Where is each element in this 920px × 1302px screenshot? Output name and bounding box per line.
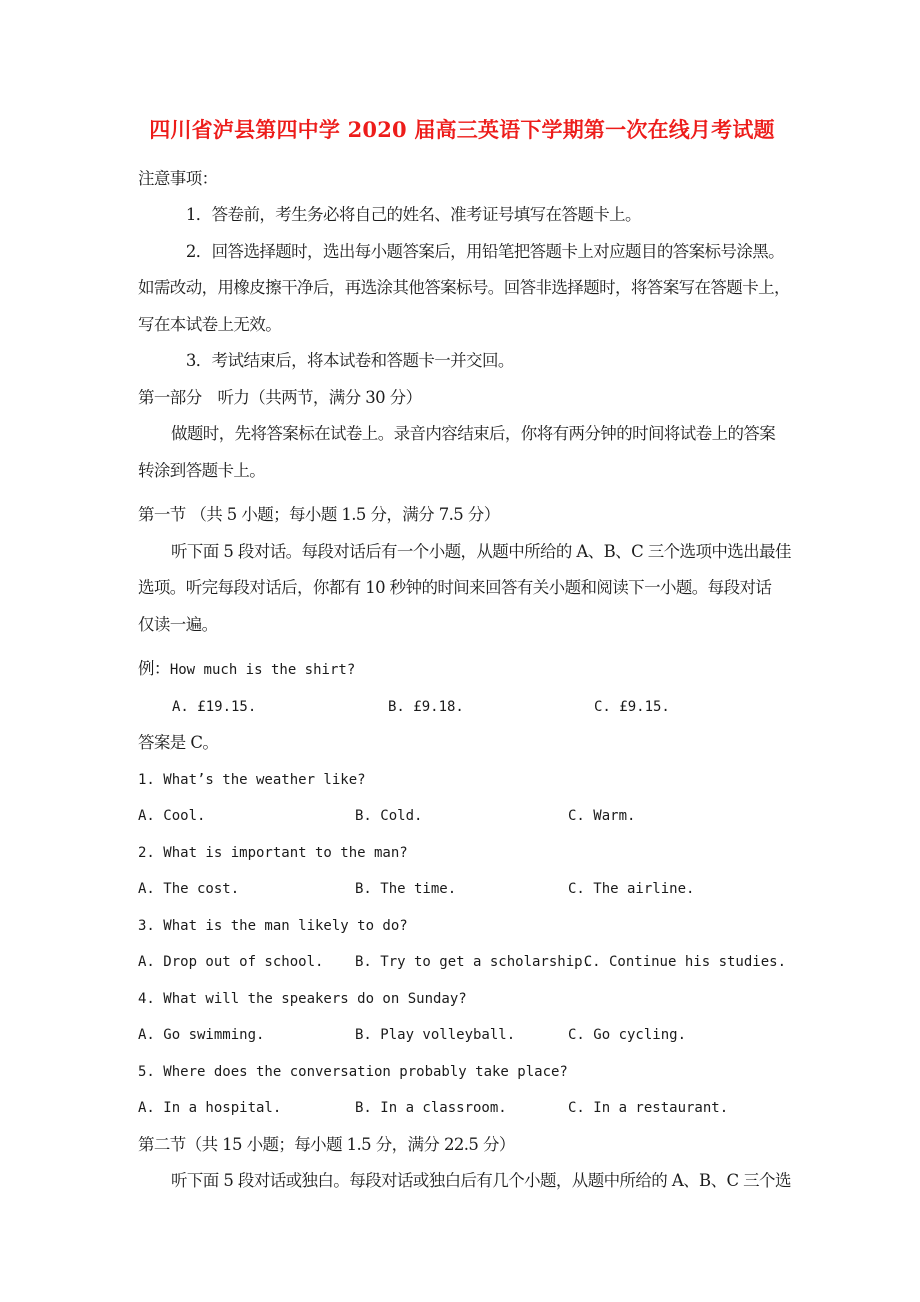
- question-1-option-a: A. Cool.: [138, 798, 355, 835]
- question-3-options-row: A. Drop out of school. B. Try to get a s…: [138, 944, 786, 981]
- section2-instructions: 听下面 5 段对话或独白。每段对话或独白后有几个小题，从题中所给的 A、B、C …: [138, 1163, 786, 1200]
- question-2-option-c: C. The airline.: [568, 871, 694, 908]
- notice-heading: 注意事项：: [138, 161, 786, 198]
- question-1-option-c: C. Warm.: [568, 798, 635, 835]
- example-options-row: A. £19.15. B. £9.18. C. £9.15.: [138, 689, 786, 726]
- question-3-option-b: B. Try to get a scholarship.: [355, 944, 584, 981]
- example-option-a: A. £19.15.: [172, 689, 388, 726]
- question-1-options-row: A. Cool. B. Cold. C. Warm.: [138, 798, 786, 835]
- question-5-option-c: C. In a restaurant.: [568, 1090, 728, 1127]
- question-3-option-c: C. Continue his studies.: [584, 944, 786, 981]
- question-3-option-a: A. Drop out of school.: [138, 944, 355, 981]
- question-4-option-c: C. Go cycling.: [568, 1017, 686, 1054]
- document-title: 四川省泸县第四中学 2020 届高三英语下学期第一次在线月考试题: [138, 112, 786, 149]
- part1-note: 做题时，先将答案标在试卷上。录音内容结束后，你将有两分钟的时间将试卷上的答案 转…: [138, 416, 786, 489]
- example-prompt-line: 例：How much is the shirt?: [138, 651, 786, 689]
- section1-instructions: 听下面 5 段对话。每段对话后有一个小题，从题中所给的 A、B、C 三个选项中选…: [138, 534, 786, 644]
- part1-heading: 第一部分 听力（共两节，满分 30 分）: [138, 380, 786, 417]
- question-2-prompt: 2. What is important to the man?: [138, 835, 786, 872]
- question-4-options-row: A. Go swimming. B. Play volleyball. C. G…: [138, 1017, 786, 1054]
- notice-item-1: 1．答卷前，考生务必将自己的姓名、准考证号填写在答题卡上。: [138, 197, 786, 234]
- section2-heading: 第二节（共 15 小题；每小题 1.5 分，满分 22.5 分）: [138, 1127, 786, 1164]
- question-1-option-b: B. Cold.: [355, 798, 568, 835]
- question-5-option-a: A. In a hospital.: [138, 1090, 355, 1127]
- question-5-prompt: 5. Where does the conversation probably …: [138, 1054, 786, 1091]
- question-4-prompt: 4. What will the speakers do on Sunday?: [138, 981, 786, 1018]
- question-3-prompt: 3. What is the man likely to do?: [138, 908, 786, 945]
- question-5-option-b: B. In a classroom.: [355, 1090, 568, 1127]
- question-5-options-row: A. In a hospital. B. In a classroom. C. …: [138, 1090, 786, 1127]
- example-label: 例：: [138, 659, 170, 678]
- example-option-c: C. £9.15.: [594, 689, 670, 726]
- question-4-option-a: A. Go swimming.: [138, 1017, 355, 1054]
- question-2-option-b: B. The time.: [355, 871, 568, 908]
- section1-heading: 第一节 （共 5 小题；每小题 1.5 分，满分 7.5 分）: [138, 497, 786, 534]
- example-answer: 答案是 C。: [138, 725, 786, 762]
- question-1-prompt: 1. What’s the weather like?: [138, 762, 786, 799]
- example-prompt: How much is the shirt?: [170, 662, 355, 678]
- notice-item-3: 3．考试结束后，将本试卷和答题卡一并交回。: [138, 343, 786, 380]
- question-4-option-b: B. Play volleyball.: [355, 1017, 568, 1054]
- exam-document-page: 四川省泸县第四中学 2020 届高三英语下学期第一次在线月考试题 注意事项： 1…: [0, 0, 920, 1302]
- notice-item-2: 2．回答选择题时，选出每小题答案后，用铅笔把答题卡上对应题目的答案标号涂黑。 如…: [138, 234, 786, 344]
- example-option-b: B. £9.18.: [388, 689, 594, 726]
- question-2-options-row: A. The cost. B. The time. C. The airline…: [138, 871, 786, 908]
- question-2-option-a: A. The cost.: [138, 871, 355, 908]
